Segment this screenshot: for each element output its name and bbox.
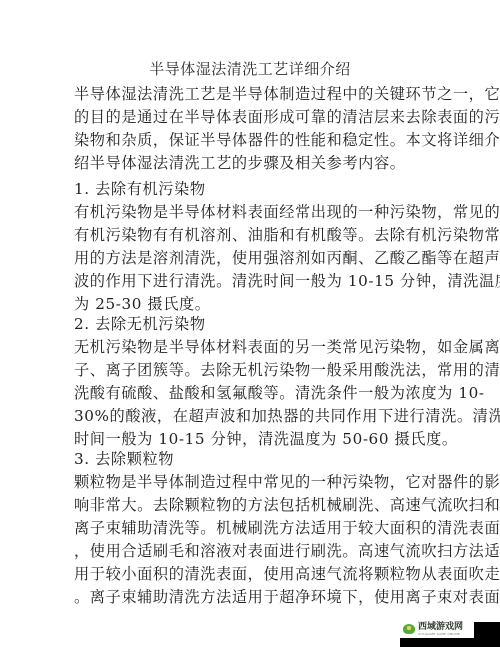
intro-line: 半导体湿法清洗工艺是半导体制造过程中的关键环节之一，它 [74, 83, 428, 106]
intro-paragraph: 半导体湿法清洗工艺是半导体制造过程中的关键环节之一，它 的目的是通过在半导体表面… [74, 83, 428, 175]
document-title: 半导体湿法清洗工艺详细介绍 [0, 58, 500, 80]
section-line: 子、离子团簇等。去除无机污染物一般采用酸洗法，常用的清 [74, 359, 428, 382]
section-line: 无机污染物是半导体材料表面的另一类常见污染物，如金属离 [74, 336, 428, 359]
watermark-black-bar-bottom [400, 638, 500, 647]
section-line: 响非常大。去除颗粒物的方法包括机械刷洗、高速气流吹扫和 [74, 494, 428, 517]
section-line: 。离子束辅助清洗方法适用于超净环境下，使用离子束对表面 [74, 586, 428, 609]
section-line: 有机污染物是半导体材料表面经常出现的一种污染物，常见的 [74, 201, 428, 224]
section-line: 用于较小面积的清洗表面，使用高速气流将颗粒物从表面吹走 [74, 563, 428, 586]
section-heading: 2. 去除无机污染物 [74, 313, 428, 336]
watermark-text: 西域游戏网 XIYUGAME GAME ONLINE [418, 623, 463, 636]
intro-line: 染物和杂质，保证半导体器件的性能和稳定性。本文将详细介 [74, 129, 428, 152]
section-particles: 3. 去除颗粒物 颗粒物是半导体制造过程中常见的一种污染物，它对器件的影 响非常… [74, 448, 428, 609]
section-line: 波的作用下进行清洗。清洗时间一般为 10-15 分钟，清洗温度 [74, 270, 428, 293]
section-line: 颗粒物是半导体制造过程中常见的一种污染物，它对器件的影 [74, 471, 428, 494]
section-line: 离子束辅助清洗等。机械刷洗方法适用于较大面积的清洗表面 [74, 517, 428, 540]
intro-line: 的目的是通过在半导体表面形成可靠的清洁层来去除表面的污 [74, 106, 428, 129]
section-inorganic-contaminants: 2. 去除无机污染物 无机污染物是半导体材料表面的另一类常见污染物，如金属离 子… [74, 313, 428, 451]
section-heading: 3. 去除颗粒物 [74, 448, 428, 471]
leaf-globe-icon [403, 624, 415, 634]
intro-line: 绍半导体湿法清洗工艺的步骤及相关参考内容。 [74, 152, 428, 175]
section-line: 洗酸有硫酸、盐酸和氢氟酸等。清洗条件一般为浓度为 10- [74, 382, 428, 405]
document-page: 半导体湿法清洗工艺详细介绍 半导体湿法清洗工艺是半导体制造过程中的关键环节之一，… [0, 0, 500, 647]
section-heading: 1. 去除有机污染物 [74, 178, 428, 201]
section-line: 用的方法是溶剂清洗，使用强溶剂如丙酮、乙酸乙酯等在超声 [74, 247, 428, 270]
section-line: ，使用合适刷毛和溶液对表面进行刷洗。高速气流吹扫方法适 [74, 540, 428, 563]
watermark-name: 西域游戏网 [418, 623, 463, 632]
watermark-logo: 西域游戏网 XIYUGAME GAME ONLINE [400, 620, 474, 638]
section-organic-contaminants: 1. 去除有机污染物 有机污染物是半导体材料表面经常出现的一种污染物，常见的 有… [74, 178, 428, 316]
watermark-subtitle: XIYUGAME GAME ONLINE [418, 633, 463, 636]
section-line: 30%的酸液，在超声波和加热器的共同作用下进行清洗。清洗 [74, 405, 428, 428]
section-line: 有机污染物有有机溶剂、油脂和有机酸等。去除有机污染物常 [74, 224, 428, 247]
